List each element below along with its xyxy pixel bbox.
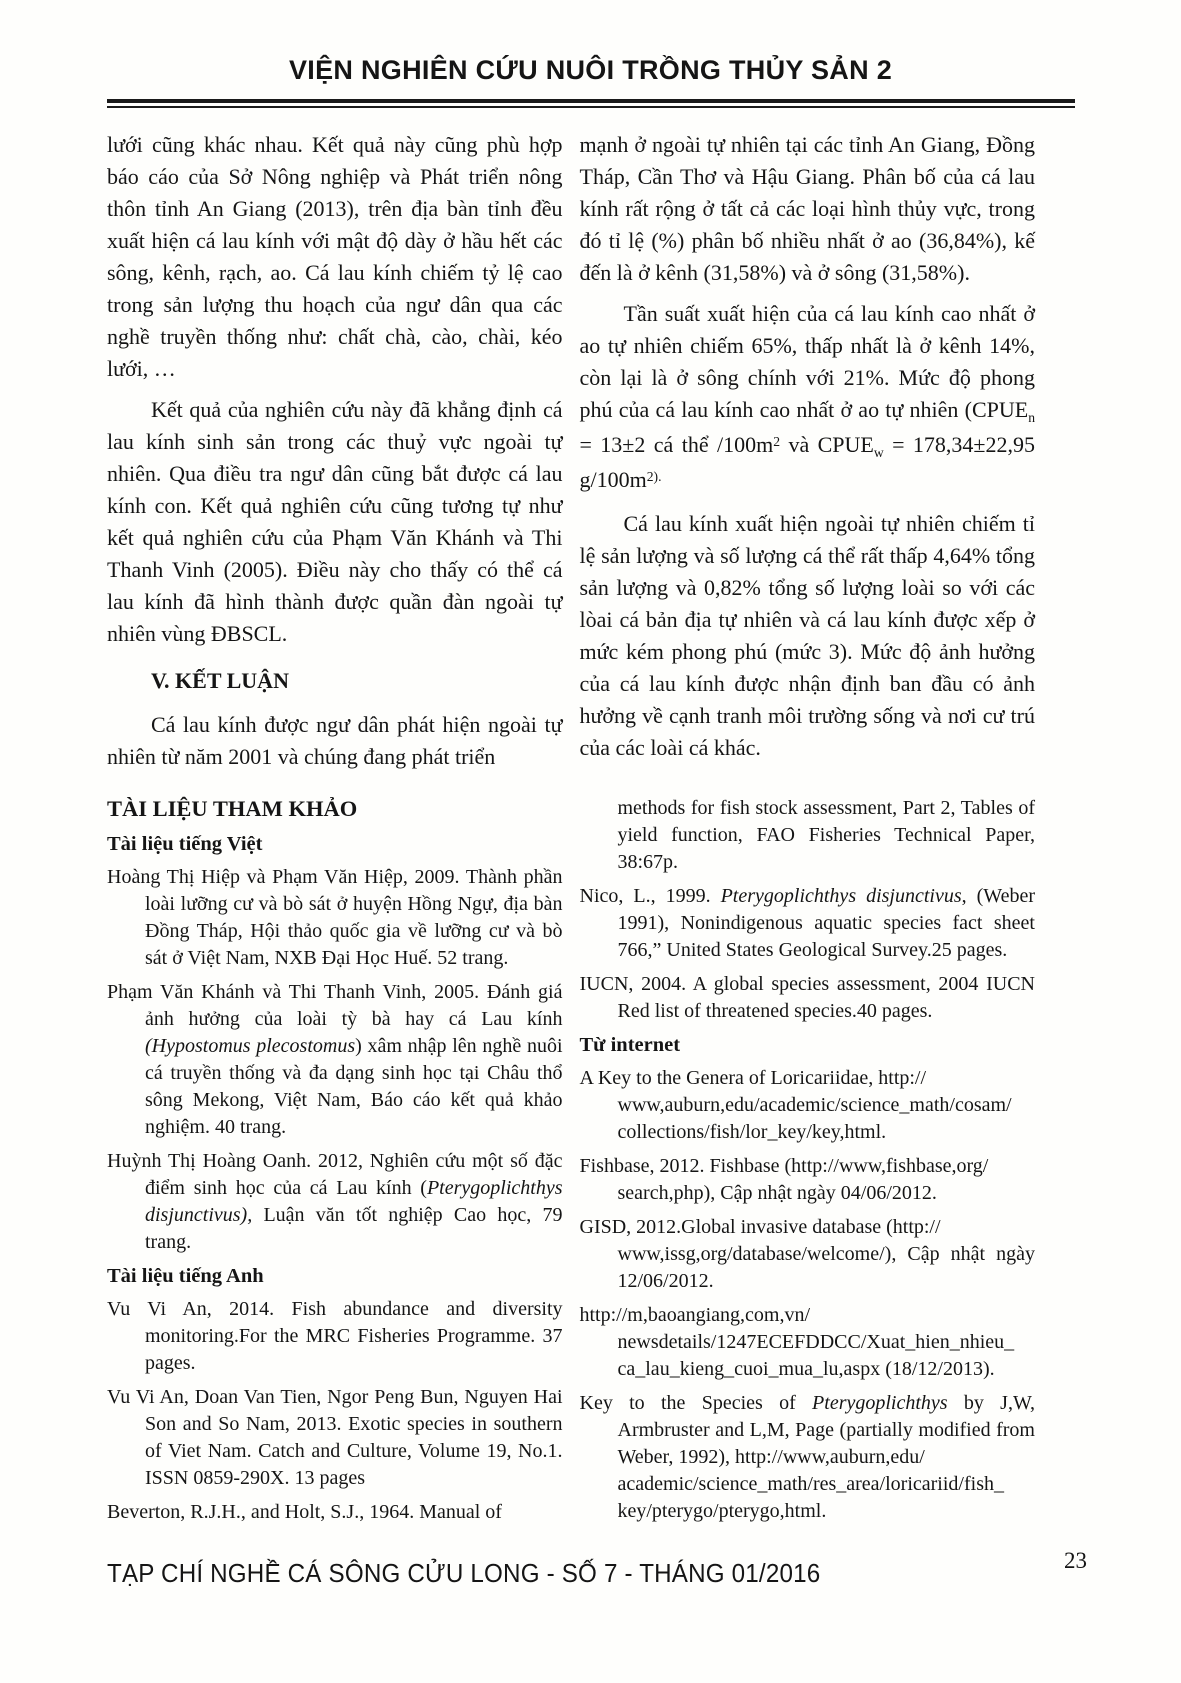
reference-item: Huỳnh Thị Hoàng Oanh. 2012, Nghiên cứu m…	[107, 1148, 563, 1256]
paragraph: Cá lau kính được ngư dân phát hiện ngoài…	[107, 709, 563, 773]
reference-item: Hoàng Thị Hiệp và Phạm Văn Hiệp, 2009. T…	[107, 864, 563, 972]
page-header: VIỆN NGHIÊN CỨU NUÔI TRỒNG THỦY SẢN 2	[0, 0, 1181, 108]
paragraph: Kết quả của nghiên cứu này đã khẳng định…	[107, 394, 563, 650]
header-divider	[107, 99, 1075, 108]
reference-item: IUCN, 2004. A global species assessment,…	[580, 971, 1036, 1025]
paragraph: Tần suất xuất hiện của cá lau kính cao n…	[580, 298, 1036, 499]
footer-journal-line: TẠP CHÍ NGHỀ CÁ SÔNG CỬU LONG - SỐ 7 - T…	[107, 1558, 820, 1589]
reference-item: Phạm Văn Khánh và Thi Thanh Vinh, 2005. …	[107, 979, 563, 1141]
reference-item: GISD, 2012.Global invasive database (htt…	[580, 1214, 1036, 1295]
references-section-continued: methods for fish stock assessment, Part …	[580, 795, 1036, 1525]
reference-item: Fishbase, 2012. Fishbase (http://www,fis…	[580, 1153, 1036, 1207]
english-refs-heading: Tài liệu tiếng Anh	[107, 1263, 563, 1290]
paragraph: mạnh ở ngoài tự nhiên tại các tỉnh An Gi…	[580, 129, 1036, 289]
reference-item: Vu Vi An, Doan Van Tien, Ngor Peng Bun, …	[107, 1384, 563, 1492]
references-section: TÀI LIỆU THAM KHẢO Tài liệu tiếng Việt H…	[107, 795, 563, 1526]
left-column: lưới cũng khác nhau. Kết quả này cũng ph…	[107, 129, 563, 1533]
reference-item: http://m,baoangiang,com,vn/newsdetails/1…	[580, 1302, 1036, 1383]
page-footer: TẠP CHÍ NGHỀ CÁ SÔNG CỬU LONG - SỐ 7 - T…	[0, 1548, 1181, 1618]
journal-header-title: VIỆN NGHIÊN CỨU NUÔI TRỒNG THỦY SẢN 2	[0, 0, 1181, 86]
reference-item: Vu Vi An, 2014. Fish abundance and diver…	[107, 1296, 563, 1377]
references-heading: TÀI LIỆU THAM KHẢO	[107, 795, 563, 822]
document-page: VIỆN NGHIÊN CỨU NUÔI TRỒNG THỦY SẢN 2 lư…	[0, 0, 1181, 1683]
internet-refs-heading: Từ internet	[580, 1032, 1036, 1059]
two-column-body: lưới cũng khác nhau. Kết quả này cũng ph…	[107, 129, 1035, 1533]
reference-item: Beverton, R.J.H., and Holt, S.J., 1964. …	[107, 1499, 563, 1526]
reference-item: Key to the Species of Pterygoplichthys b…	[580, 1390, 1036, 1525]
reference-item-continuation: methods for fish stock assessment, Part …	[580, 795, 1036, 876]
vietnamese-refs-heading: Tài liệu tiếng Việt	[107, 831, 563, 858]
reference-item: Nico, L., 1999. Pterygoplichthys disjunc…	[580, 883, 1036, 964]
paragraph: Cá lau kính xuất hiện ngoài tự nhiên chi…	[580, 508, 1036, 764]
paragraph: lưới cũng khác nhau. Kết quả này cũng ph…	[107, 129, 563, 385]
page-number: 23	[1064, 1548, 1087, 1574]
right-column: mạnh ở ngoài tự nhiên tại các tỉnh An Gi…	[580, 129, 1036, 1533]
reference-item: A Key to the Genera of Loricariidae, htt…	[580, 1065, 1036, 1146]
conclusion-heading: V. KẾT LUẬN	[107, 665, 563, 697]
